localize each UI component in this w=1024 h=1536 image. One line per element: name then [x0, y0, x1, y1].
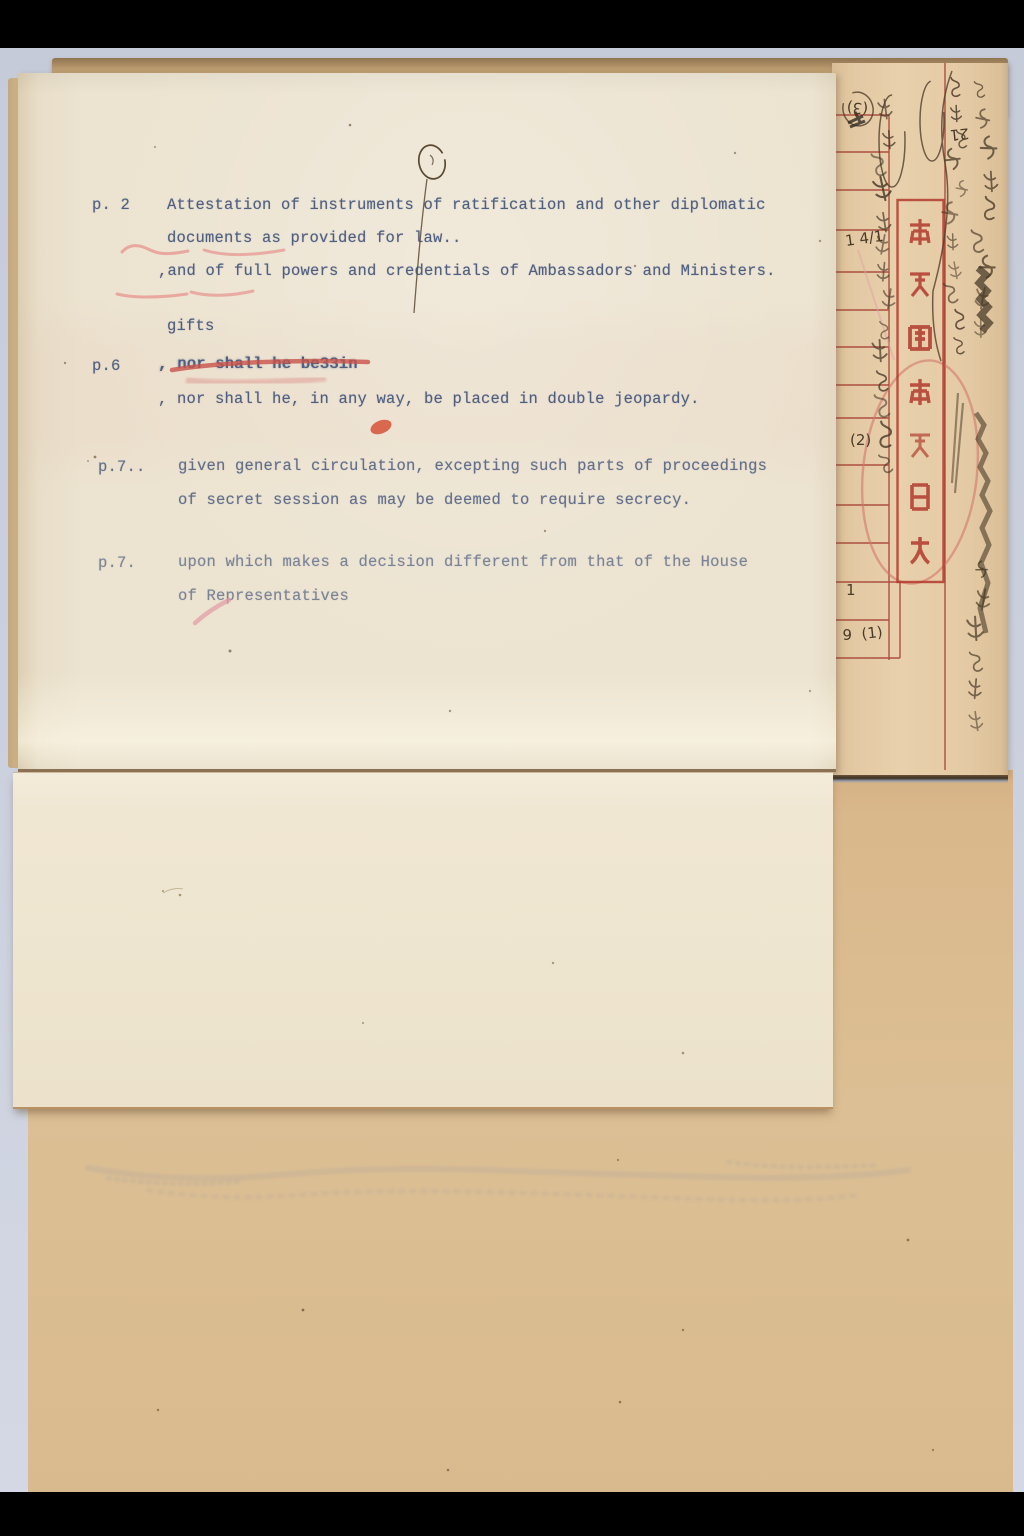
japanese-strip-markings: (3) 1 4/1 21 (2) 1 6 (1) [832, 63, 1008, 775]
photo-background: (3) 1 4/1 21 (2) 1 6 (1) [0, 48, 1024, 1492]
number-2: (2) [850, 431, 871, 449]
pink-slash-mark [195, 600, 229, 623]
photo-of-archival-documents: (3) 1 4/1 21 (2) 1 6 (1) [0, 0, 1024, 1536]
number-1-paren: (1) [861, 623, 884, 643]
red-ink-blob [368, 417, 393, 437]
handwritten-japanese-columns [871, 78, 998, 731]
red-ruled-table [834, 63, 945, 770]
letterbox-bottom [0, 1492, 1024, 1536]
red-strikethrough [172, 361, 368, 383]
pink-underlines [117, 246, 284, 297]
number-6-flipped: 6 [842, 625, 852, 643]
circled-pen-mark [414, 143, 448, 313]
number-1: 1 [846, 581, 856, 599]
lower-page-specks [13, 773, 833, 1107]
letterbox-top [0, 0, 1024, 48]
typed-memo-page-lower [13, 772, 833, 1109]
typed-memo-page: p. 2 Attestation of instruments of ratif… [18, 73, 836, 772]
imperial-government-stamp [898, 200, 944, 582]
paper-specks [64, 124, 821, 713]
crossed-out-scribbles [952, 268, 990, 633]
circled-3: (3) [846, 98, 869, 118]
japanese-cover-strip: (3) 1 4/1 21 (2) 1 6 (1) [832, 63, 1008, 775]
page-annotations [18, 73, 836, 769]
